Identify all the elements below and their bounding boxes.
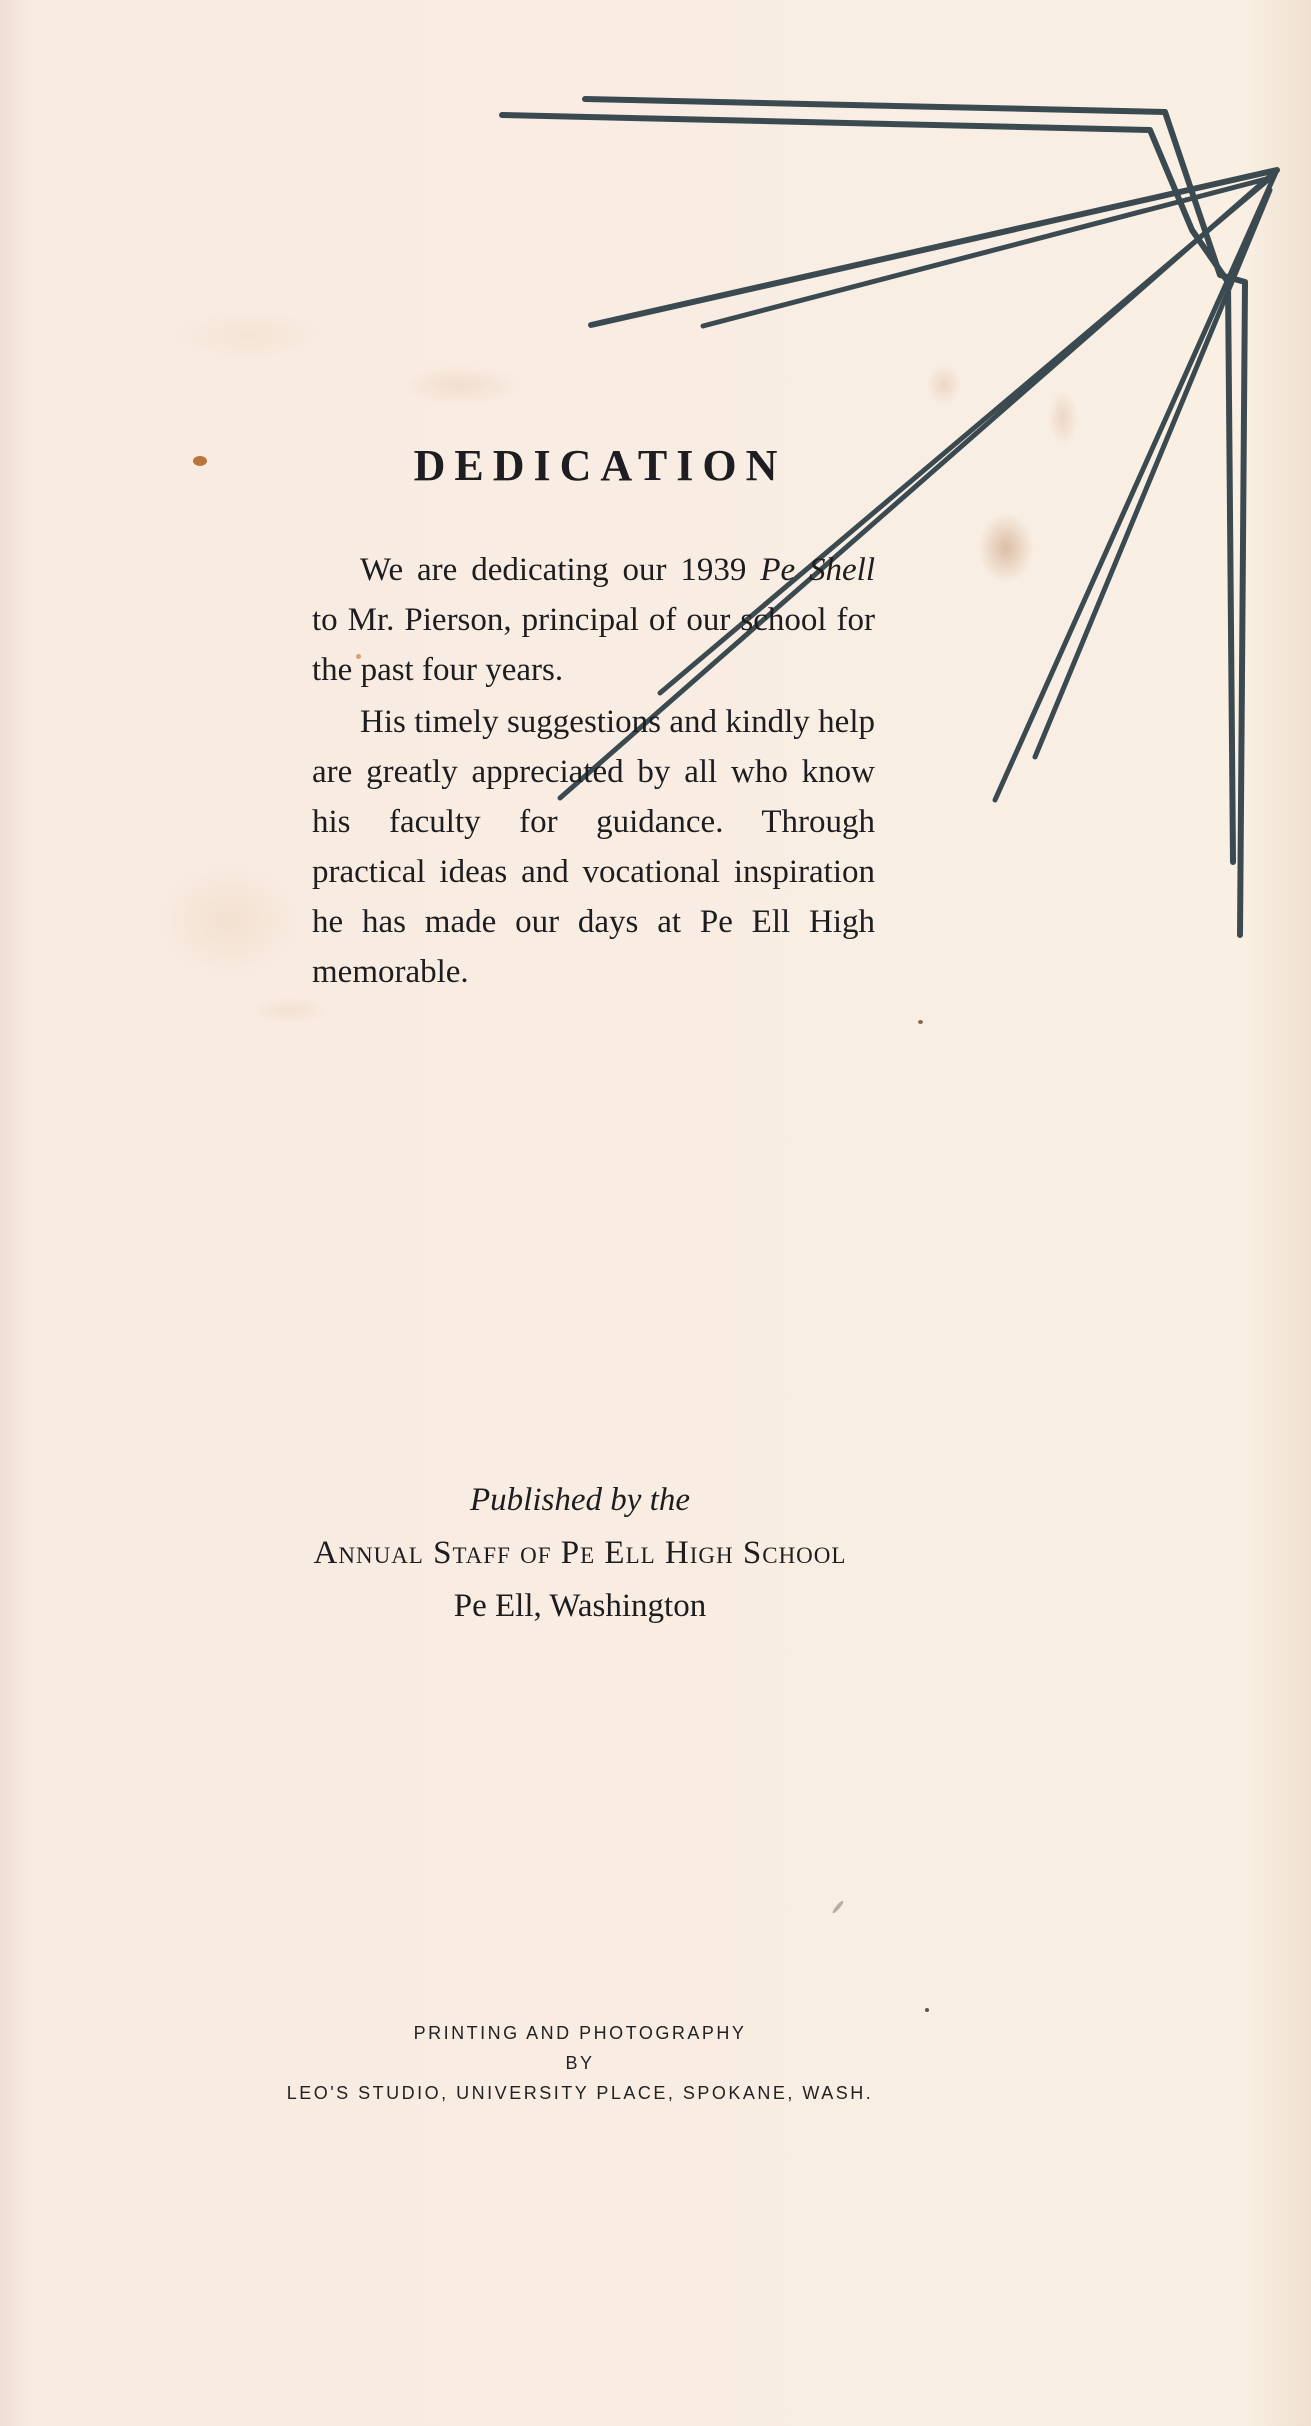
paragraph-lead: We are dedicating our 1939 — [360, 552, 760, 588]
yearbook-page: DEDICATION We are dedicating our 1939 Pe… — [0, 0, 1311, 2426]
credits-line-1: PRINTING AND PHOTOGRAPHY — [0, 2018, 1160, 2048]
paper-speck — [925, 2008, 929, 2012]
dedication-text: We are dedicating our 1939 Pe Shell to M… — [312, 545, 875, 999]
publisher-intro: Published by the — [0, 1474, 1160, 1527]
paragraph-rest: to Mr. Pierson, principal of our school … — [312, 602, 875, 688]
credits-line-3: LEO'S STUDIO, UNIVERSITY PLACE, SPOKANE,… — [0, 2078, 1160, 2108]
printing-credits: PRINTING AND PHOTOGRAPHY BY LEO'S STUDIO… — [0, 2018, 1160, 2108]
yearbook-name: Pe Shell — [760, 552, 875, 588]
publisher-location: Pe Ell, Washington — [0, 1580, 1160, 1633]
credits-line-2: BY — [0, 2048, 1160, 2078]
publisher-block: Published by the Annual Staff of Pe Ell … — [0, 1474, 1160, 1633]
paper-speck — [831, 1900, 844, 1915]
dedication-paragraph-2: His timely suggestions and kindly help a… — [312, 697, 875, 997]
paper-speck — [918, 1020, 923, 1024]
dedication-paragraph-1: We are dedicating our 1939 Pe Shell to M… — [312, 545, 875, 695]
publisher-name: Annual Staff of Pe Ell High School — [0, 1527, 1160, 1580]
page-title: DEDICATION — [0, 440, 1200, 491]
